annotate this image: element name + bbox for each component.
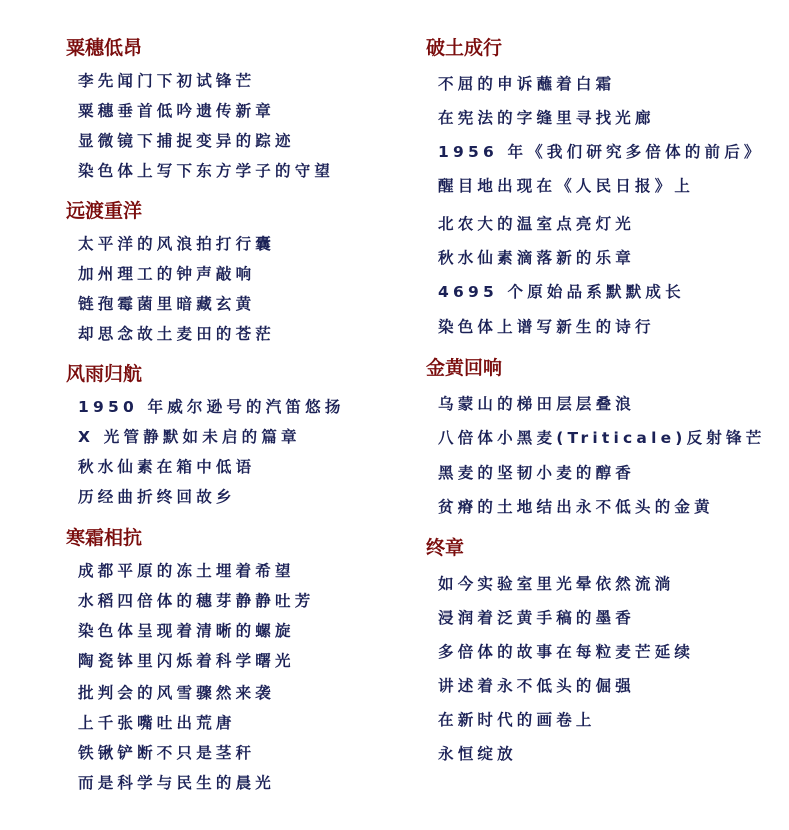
poem-line: 却思念故土麦田的苍茫 bbox=[78, 324, 275, 344]
poem-line: 秋水仙素滴落新的乐章 bbox=[438, 248, 635, 268]
poem-line: 批判会的风雪骤然来袭 bbox=[78, 683, 275, 703]
poem-line: 八倍体小黑麦(Triticale)反射锋芒 bbox=[438, 428, 765, 448]
poem-line: 秋水仙素在箱中低语 bbox=[78, 457, 255, 477]
poem-line: 粟穗垂首低吟遗传新章 bbox=[78, 101, 275, 121]
poem-line: X 光管静默如未启的篇章 bbox=[78, 427, 301, 447]
poem-line: 在新时代的画卷上 bbox=[438, 710, 596, 730]
poem-line: 太平洋的风浪拍打行囊 bbox=[78, 234, 275, 254]
poem-line: 显微镜下捕捉变异的踪迹 bbox=[78, 131, 295, 151]
poem-line: 浸润着泛黄手稿的墨香 bbox=[438, 608, 635, 628]
poem-line: 乌蒙山的梯田层层叠浪 bbox=[438, 394, 635, 414]
poem-line: 上千张嘴吐出荒唐 bbox=[78, 713, 236, 733]
section-heading: 远渡重洋 bbox=[66, 200, 142, 222]
poem-line: 黑麦的坚韧小麦的醇香 bbox=[438, 463, 635, 483]
section-heading: 风雨归航 bbox=[66, 363, 142, 385]
poem-line: 加州理工的钟声敲响 bbox=[78, 264, 255, 284]
poem-line: 不屈的申诉蘸着白霜 bbox=[438, 74, 615, 94]
section-heading: 粟穗低昂 bbox=[66, 37, 142, 59]
poem-line: 水稻四倍体的穗芽静静吐芳 bbox=[78, 591, 314, 611]
poem-line: 铁锹铲断不只是茎秆 bbox=[78, 743, 255, 763]
poem-line: 在宪法的字缝里寻找光廊 bbox=[438, 108, 655, 128]
poem-line: 北农大的温室点亮灯光 bbox=[438, 214, 635, 234]
section-heading: 破土成行 bbox=[426, 37, 502, 59]
section-heading: 寒霜相抗 bbox=[66, 527, 142, 549]
poem-line: 陶瓷钵里闪烁着科学曙光 bbox=[78, 651, 295, 671]
poem-line: 讲述着永不低头的倔强 bbox=[438, 676, 635, 696]
poem-line: 历经曲折终回故乡 bbox=[78, 487, 236, 507]
poem-line: 多倍体的故事在每粒麦芒延续 bbox=[438, 642, 694, 662]
poem-line: 4695 个原始品系默默成长 bbox=[438, 282, 685, 302]
poem-line: 如今实验室里光晕依然流淌 bbox=[438, 574, 674, 594]
poem-line: 永恒绽放 bbox=[438, 744, 517, 764]
poem-line: 染色体上谱写新生的诗行 bbox=[438, 317, 655, 337]
poem-line: 醒目地出现在《人民日报》上 bbox=[438, 176, 694, 196]
poem-line: 链孢霉菌里暗藏玄黄 bbox=[78, 294, 255, 314]
poem-line: 染色体上写下东方学子的守望 bbox=[78, 161, 334, 181]
poem-line: 1956 年《我们研究多倍体的前后》 bbox=[438, 142, 764, 162]
poem-line: 成都平原的冻土埋着希望 bbox=[78, 561, 295, 581]
section-heading: 金黄回响 bbox=[426, 357, 502, 379]
poem-line: 贫瘠的土地结出永不低头的金黄 bbox=[438, 497, 714, 517]
section-heading: 终章 bbox=[426, 537, 464, 559]
poem-line: 染色体呈现着清晰的螺旋 bbox=[78, 621, 295, 641]
poem-line: 李先闻门下初试锋芒 bbox=[78, 71, 255, 91]
poem-line: 1950 年威尔逊号的汽笛悠扬 bbox=[78, 397, 345, 417]
poem-line: 而是科学与民生的晨光 bbox=[78, 773, 275, 793]
